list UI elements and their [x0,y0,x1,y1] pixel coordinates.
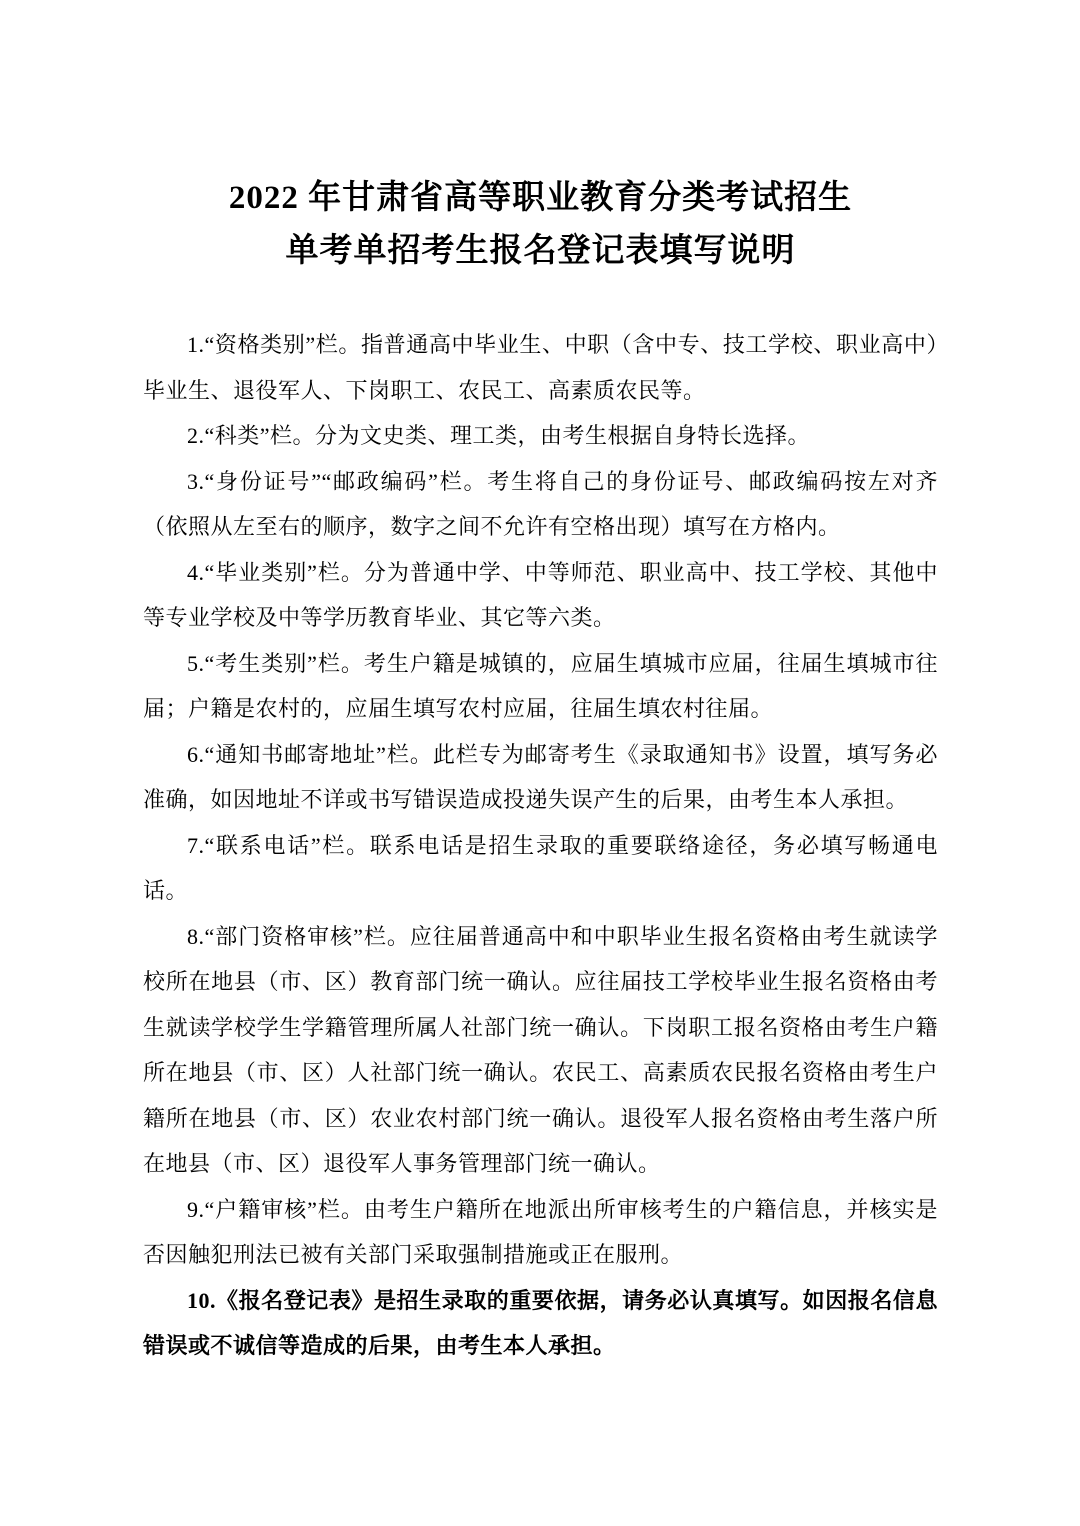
document-page: 2022 年甘肃省高等职业教育分类考试招生 单考单招考生报名登记表填写说明 1.… [0,0,1080,1526]
document-title-line-2: 单考单招考生报名登记表填写说明 [143,225,938,278]
instruction-item-5: 5.“考生类别”栏。考生户籍是城镇的，应届生填城市应届，往届生填城市往届；户籍是… [143,641,938,732]
document-title: 2022 年甘肃省高等职业教育分类考试招生 单考单招考生报名登记表填写说明 [143,172,938,278]
instruction-item-8: 8.“部门资格审核”栏。应往届普通高中和中职毕业生报名资格由考生就读学校所在地县… [143,914,938,1187]
instruction-item-6: 6.“通知书邮寄地址”栏。此栏专为邮寄考生《录取通知书》设置，填写务必准确，如因… [143,732,938,823]
instructions-body: 1.“资格类别”栏。指普通高中毕业生、中职（含中专、技工学校、职业高中）毕业生、… [143,322,938,1369]
instruction-item-3: 3.“身份证号”“邮政编码”栏。考生将自己的身份证号、邮政编码按左对齐（依照从左… [143,459,938,550]
instruction-item-1: 1.“资格类别”栏。指普通高中毕业生、中职（含中专、技工学校、职业高中）毕业生、… [143,322,938,413]
document-title-line-1: 2022 年甘肃省高等职业教育分类考试招生 [143,172,938,225]
instruction-item-2: 2.“科类”栏。分为文史类、理工类，由考生根据自身特长选择。 [143,413,938,459]
instruction-item-7: 7.“联系电话”栏。联系电话是招生录取的重要联络途径，务必填写畅通电话。 [143,823,938,914]
instruction-item-10: 10.《报名登记表》是招生录取的重要依据，请务必认真填写。如因报名信息错误或不诚… [143,1278,938,1369]
instruction-item-9: 9.“户籍审核”栏。由考生户籍所在地派出所审核考生的户籍信息，并核实是否因触犯刑… [143,1187,938,1278]
instruction-item-4: 4.“毕业类别”栏。分为普通中学、中等师范、职业高中、技工学校、其他中等专业学校… [143,550,938,641]
